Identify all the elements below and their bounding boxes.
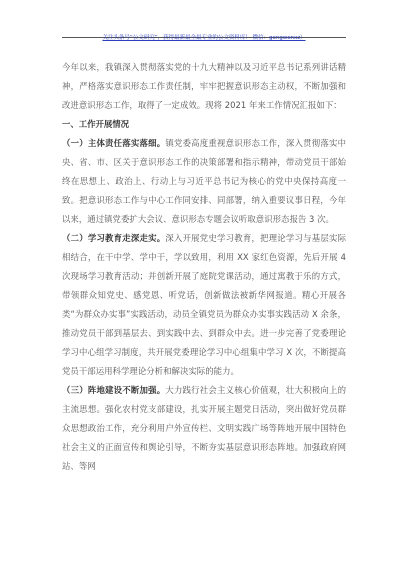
document-page: 关注头条号“公文研究”，获得最新最全最专业的公文资料库！ 微信：gongwenx… bbox=[0, 0, 408, 580]
section-heading-work-progress: 一、工作开展情况 bbox=[62, 115, 346, 134]
subsection-body: 镇党委高度重视意识形态工作，深入贯彻落实中央、省、市、区关于意识形态工作的决策部… bbox=[62, 138, 346, 224]
document-body: 今年以来，我镇深入贯彻落实党的十九大精神以及习近平总书记系列讲话精神，严格落实意… bbox=[62, 58, 346, 476]
subsection-learning-education: （二）学习教育走深走实。深入开展党史学习教育，把理论学习与基层实际相结合，在干中… bbox=[62, 229, 346, 381]
page-header: 关注头条号“公文研究”，获得最新最全最专业的公文资料库！ 微信：gongwenx… bbox=[62, 24, 346, 38]
subsection-responsibility: （一）主体责任落实落细。镇党委高度重视意识形态工作，深入贯彻落实中央、省、市、区… bbox=[62, 134, 346, 229]
subsection-position-building: （三）阵地建设不断加强。大力践行社会主义核心价值观，壮大积极向上的主流思想。强化… bbox=[62, 381, 346, 476]
intro-paragraph: 今年以来，我镇深入贯彻落实党的十九大精神以及习近平总书记系列讲话精神，严格落实意… bbox=[62, 58, 346, 115]
subsection-body: 深入开展党史学习教育，把理论学习与基层实际相结合，在干中学、学中干，学以致用，利… bbox=[62, 233, 346, 376]
subsection-title: （三）阵地建设不断加强。 bbox=[62, 385, 165, 395]
subsection-title: （一）主体责任落实落细。 bbox=[62, 138, 165, 148]
subsection-body: 大力践行社会主义核心价值观，壮大积极向上的主流思想。强化农村党支部建设，扎实开展… bbox=[62, 385, 346, 471]
subsection-title: （二）学习教育走深走实。 bbox=[62, 233, 165, 243]
header-promo-link[interactable]: 关注头条号“公文研究”，获得最新最全最专业的公文资料库！ 微信：gongwenx… bbox=[102, 35, 305, 41]
